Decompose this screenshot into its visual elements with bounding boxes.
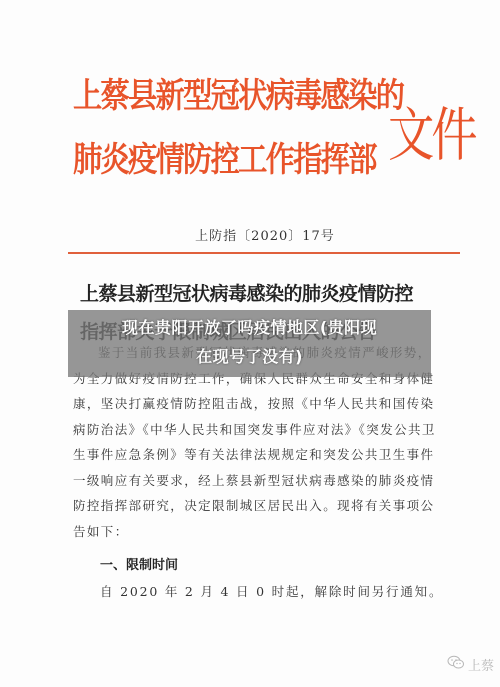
section-1-heading: 一、限制时间 bbox=[100, 554, 178, 573]
watermark: 上蔡 bbox=[447, 655, 494, 674]
caption-line-2: 在现号了没有) bbox=[68, 342, 431, 371]
issuer-header: 上蔡县新型冠状病毒感染的 肺炎疫情防控工作指挥部 bbox=[73, 64, 393, 192]
doc-type-label: 文件 bbox=[388, 88, 474, 172]
notice-title-line-1: 上蔡县新型冠状病毒感染的肺炎疫情防控 bbox=[80, 275, 460, 313]
body-line: 病防治法》《中华人民共和国突发事件应对法》《突发公共卫 bbox=[73, 417, 453, 443]
body-line: 一级响应有关要求，经上蔡县新型冠状病毒感染的肺炎疫情 bbox=[73, 468, 453, 494]
watermark-text: 上蔡 bbox=[468, 655, 494, 674]
wechat-icon bbox=[447, 655, 465, 674]
issuer-line-1: 上蔡县新型冠状病毒感染的 bbox=[73, 64, 348, 128]
red-divider bbox=[68, 252, 460, 254]
body-line: 康，坚决打赢疫情防控阻击战，按照《中华人民共和国传染 bbox=[73, 391, 453, 417]
body-line: 生事件应急条例》等有关法律法规规定和突发公共卫生事件 bbox=[73, 442, 453, 468]
document-page: 上蔡县新型冠状病毒感染的 肺炎疫情防控工作指挥部 文件 上防指〔2020〕17号… bbox=[0, 0, 500, 687]
body-line: 防控指挥部研究，决定限制城区居民出入。现将有关事项公 bbox=[73, 493, 453, 519]
body-line: 告如下： bbox=[73, 519, 453, 545]
doc-number: 上防指〔2020〕17号 bbox=[0, 225, 500, 244]
caption-text: 现在贵阳开放了吗疫情地区(贵阳现 在现号了没有) bbox=[68, 313, 431, 371]
issuer-line-2: 肺炎疫情防控工作指挥部 bbox=[73, 128, 348, 192]
caption-line-1: 现在贵阳开放了吗疫情地区(贵阳现 bbox=[68, 313, 431, 342]
section-1-body: 自 2020 年 2 月 4 日 0 时起，解除时间另行通知。 bbox=[100, 582, 443, 600]
